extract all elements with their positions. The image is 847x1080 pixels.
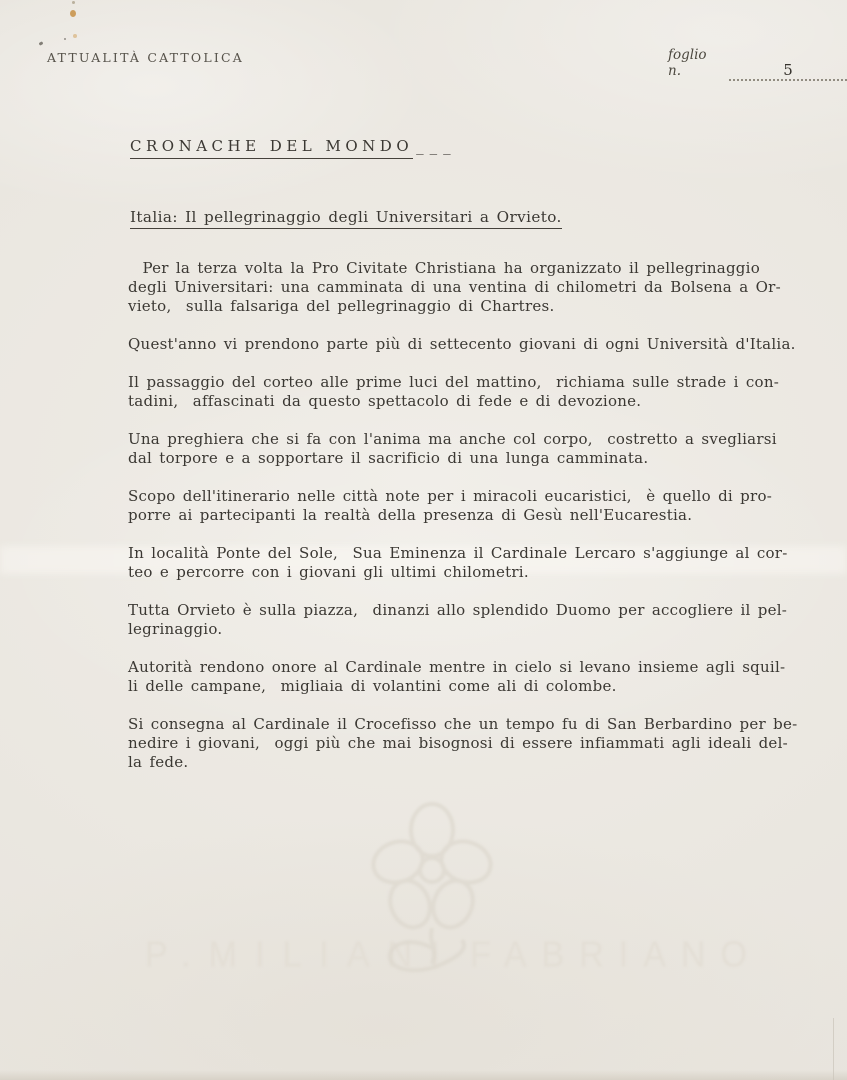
paragraph: Quest'anno vi prendono parte più di sett…: [128, 335, 828, 354]
paragraph: Scopo dell'itinerario nelle città note p…: [128, 487, 828, 525]
watermark-text-left: P.MILIANI: [145, 935, 458, 976]
paper-speckle: [72, 1, 75, 4]
section-title-dashes: ___: [416, 137, 457, 155]
watermark-flower-emblem: [350, 798, 520, 993]
paragraph: In località Ponte del Sole, Sua Eminenza…: [128, 544, 828, 582]
paragraph: Il passaggio del corteo alle prime luci …: [128, 373, 828, 411]
paper-speckle: [73, 34, 77, 38]
paragraph: Per la terza volta la Pro Civitate Chris…: [128, 259, 828, 316]
folio-field: foglio n. 5: [668, 47, 847, 81]
article-body: Per la terza volta la Pro Civitate Chris…: [128, 259, 828, 791]
document-page: P.MILIANI FABRIANO ATTUALITÀ CATTOLICA f…: [0, 0, 847, 1080]
paragraph: Autorità rendono onore al Cardinale ment…: [128, 658, 828, 696]
paper-speckle: [39, 41, 44, 46]
paragraph: Si consegna al Cardinale il Crocefisso c…: [128, 715, 828, 772]
page-bottom-edge: [0, 1070, 847, 1080]
folio-number: 5: [729, 61, 847, 81]
paragraph: Una preghiera che si fa con l'anima ma a…: [128, 430, 828, 468]
article-heading: Italia: Il pellegrinaggio degli Universi…: [130, 208, 562, 229]
scan-edge-line: [833, 1018, 834, 1080]
watermark-text-right: FABRIANO: [470, 935, 762, 976]
paper-speckle: [64, 38, 66, 40]
section-title: CRONACHE DEL MONDO___: [130, 137, 457, 155]
folio-label: foglio n.: [668, 47, 723, 81]
paragraph: Tutta Orvieto è sulla piazza, dinanzi al…: [128, 601, 828, 639]
section-title-text: CRONACHE DEL MONDO: [130, 137, 413, 159]
publication-name: ATTUALITÀ CATTOLICA: [47, 50, 244, 65]
paper-speckle: [70, 10, 76, 17]
